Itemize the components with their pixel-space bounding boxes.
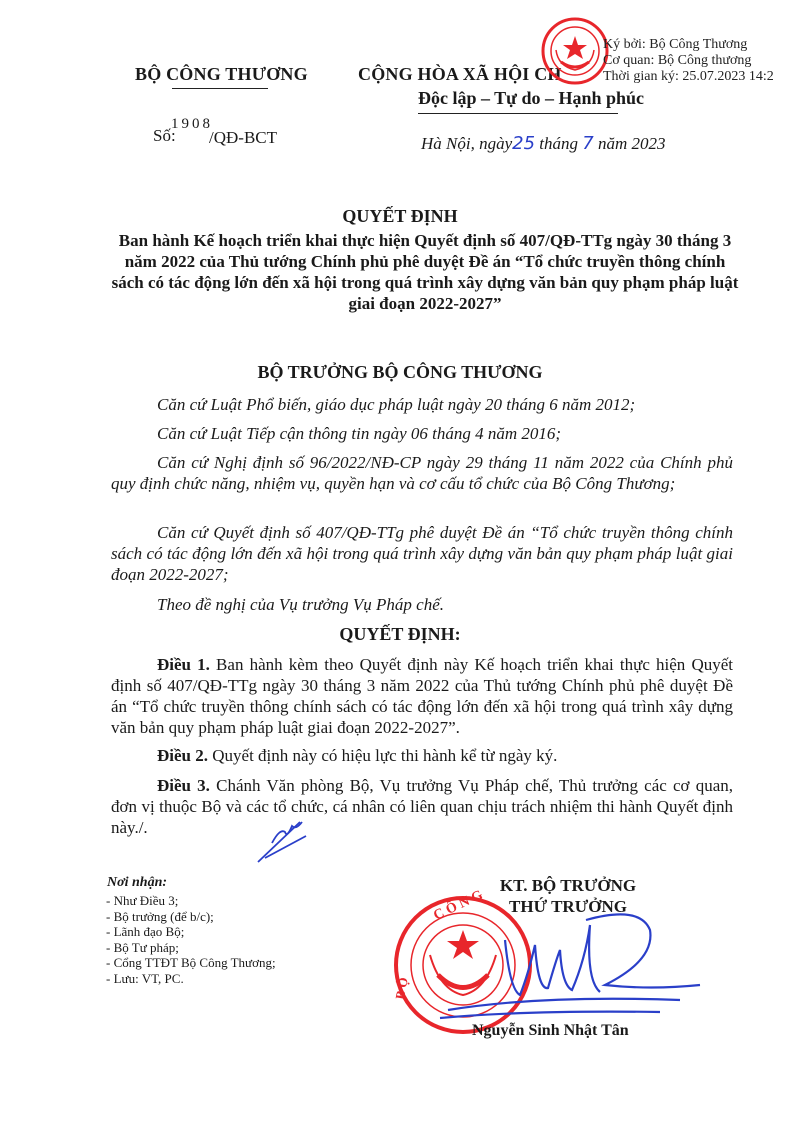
recipient-item: - Lãnh đạo Bộ; (106, 924, 276, 940)
national-title: CỘNG HÒA XÃ HỘI CH (358, 64, 562, 85)
national-motto: Độc lập – Tự do – Hạnh phúc (418, 88, 644, 109)
article-label: Điều 3. (157, 776, 210, 795)
place-prefix: Hà Nội, ngày (421, 134, 512, 153)
issuing-organization: BỘ CÔNG THƯƠNG (135, 64, 308, 85)
svg-text:B Ộ: B Ộ (392, 976, 411, 1000)
article-1: Điều 1. Ban hành kèm theo Quyết định này… (111, 654, 733, 738)
document-number: 1908 (171, 116, 213, 133)
year-label: năm 2023 (598, 134, 666, 153)
national-title-text: CỘNG HÒA XÃ HỘI CH (358, 64, 562, 84)
article-3: Điều 3. Chánh Văn phòng Bộ, Vụ trưởng Vụ… (111, 775, 733, 838)
recipient-item: - Như Điều 3; (106, 893, 276, 909)
signing-time: Thời gian ký: 25.07.2023 14:2 (603, 69, 774, 85)
document-subtitle: Ban hành Kế hoạch triển khai thực hiện Q… (110, 230, 740, 314)
recipient-item: - Bộ trưởng (để b/c); (106, 909, 276, 925)
signer-name: Nguyễn Sinh Nhật Tân (472, 1022, 629, 1040)
signer-signature-icon (440, 914, 700, 1018)
recipient-item: - Lưu: VT, PC. (106, 971, 276, 987)
article-label: Điều 2. (157, 746, 208, 765)
issuing-authority: BỘ TRƯỞNG BỘ CÔNG THƯƠNG (0, 362, 800, 383)
signer-title-line2: THỨ TRƯỞNG (478, 896, 658, 917)
motto-underline (418, 113, 618, 114)
month-label: tháng (539, 134, 578, 153)
signer-title-line1: KT. BỘ TRƯỞNG (478, 875, 658, 896)
handwritten-month: 7 (582, 133, 593, 154)
preamble-item: Căn cứ Luật Phổ biến, giáo dục pháp luật… (111, 394, 733, 415)
recipient-item: - Cổng TTĐT Bộ Công Thương; (106, 955, 276, 971)
recipient-item: - Bộ Tư pháp; (106, 940, 276, 956)
preamble-item: Căn cứ Luật Tiếp cận thông tin ngày 06 t… (111, 423, 733, 444)
preamble-item: Căn cứ Nghị định số 96/2022/NĐ-CP ngày 2… (111, 452, 733, 494)
handwritten-day: 25 (512, 133, 535, 154)
article-text: Quyết định này có hiệu lực thi hành kể t… (208, 746, 557, 765)
place-and-date: Hà Nội, ngày25 tháng 7 năm 2023 (421, 133, 666, 154)
preamble-item: Căn cứ Quyết định số 407/QĐ-TTg phê duyệ… (111, 522, 733, 585)
recipients-list: - Như Điều 3; - Bộ trưởng (để b/c); - Lã… (106, 893, 276, 986)
decision-heading: QUYẾT ĐỊNH: (0, 624, 800, 645)
signer-title: KT. BỘ TRƯỞNG THỨ TRƯỞNG (478, 875, 658, 917)
document-code: /QĐ-BCT (209, 128, 277, 148)
recipients-title: Nơi nhận: (107, 875, 167, 891)
organization-underline (172, 88, 268, 89)
article-2: Điều 2. Quyết định này có hiệu lực thi h… (111, 745, 733, 766)
document-title: QUYẾT ĐỊNH (0, 206, 800, 227)
preamble-item: Theo đề nghị của Vụ trưởng Vụ Pháp chế. (111, 594, 733, 615)
signed-by: Ký bởi: Bộ Công Thương (603, 37, 774, 53)
digital-signature-info: Ký bởi: Bộ Công Thương Cơ quan: Bộ Công … (603, 37, 774, 85)
article-label: Điều 1. (157, 655, 210, 674)
signing-agency: Cơ quan: Bộ Công thương (603, 53, 774, 69)
